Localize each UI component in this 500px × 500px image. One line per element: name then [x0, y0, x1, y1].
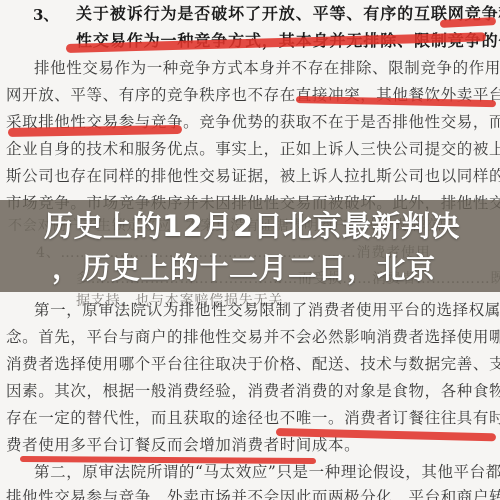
paragraph-2-line-4: 因素。其次，根据一般消费经验，消费者消费的对象是食物，各种食物之间不仅 [6, 381, 500, 401]
overlay-title-line-2: ，历史上的十二月二日，北京 [52, 246, 500, 287]
heading-line-1: 关于被诉行为是否破坏了开放、平等、有序的互联网竞争秩序：排他 [76, 4, 500, 24]
paragraph-3-line-2: 排他性交易参与竞争，外卖市场并不会因此而两极分化，平台和商户转嫁给消费 [6, 487, 500, 500]
paragraph-1-line-5: 斯公司也存在同样的排他性交易证据，被上诉人拉扎斯公司也以同样的方式参与 [6, 166, 500, 186]
highlight-stroke [8, 125, 182, 137]
paragraph-2-line-5: 存在一定的替代性，而且获取的途径也不唯一。消费者订餐往往具有时效性，消 [6, 408, 500, 428]
paragraph-2-line-1: 第一，原审法院认为排他性交易限制了消费者使用平台的选择权属于偷换概 [34, 300, 500, 320]
overlay-title-line-1: 历史上的12月2日北京最新判决 [44, 204, 500, 245]
title-overlay-banner: 历史上的12月2日北京最新判决 ，历史上的十二月二日，北京 [0, 200, 500, 292]
paragraph-3-line-1: 第二，原审法院所谓的“马太效应”只是一种理论假设，其他平台都可采用 [34, 462, 500, 482]
paragraph-2-line-3: 消费者选择使用哪个平台往往取决于价格、配送、技术与数据完善、支付等综合 [6, 354, 500, 374]
highlight-stroke [440, 17, 496, 28]
section-number: 3、 [33, 4, 58, 25]
paragraph-2-line-6: 费者使用多平台订餐反而会增加消费者时间成本。 [6, 435, 360, 455]
document-scan: 3、 关于被诉行为是否破坏了开放、平等、有序的互联网竞争秩序：排他 性交易作为一… [0, 0, 500, 500]
paragraph-1-line-1: 排他性交易作为一种竞争方式本身并不存在排除、限制竞争的作用，与互联 [34, 58, 500, 78]
paragraph-2-line-2: 念。首先，平台与商户的排他性交易并不会必然影响消费者选择使用哪个平台， [6, 327, 500, 347]
paragraph-1-line-4: 企业自身的技术和服务优点。事实上，正如上诉人三快公司提交的被上诉人拉扎 [6, 139, 500, 159]
